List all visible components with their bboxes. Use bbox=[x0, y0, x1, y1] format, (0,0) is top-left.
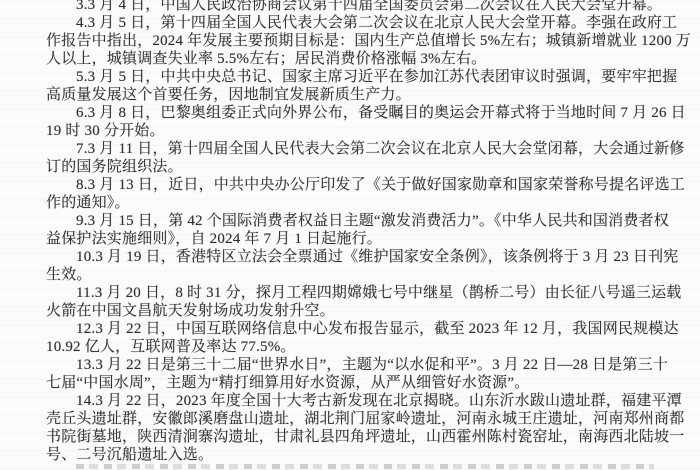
text-line: 6.3 月 8 日，巴黎奥组委正式向外界公布，备受瞩目的奥运会开幕式将于当地时间… bbox=[46, 104, 656, 122]
text-line: 书院街墓地，陕西清涧寨沟遗址，甘肃礼县四角坪遗址，山西霍州陈村瓷窑址，南海西北陆… bbox=[46, 428, 656, 446]
text-line: 高质量发展这个首要任务，因地制宜发展新质生产力。 bbox=[46, 86, 656, 104]
text-line: 10.92 亿人，互联网普及率达 77.5%。 bbox=[46, 338, 656, 356]
document-page: 3.3 月 4 日，中国人民政治协商会议第十四届全国委员会第二次会议在人民大会堂… bbox=[0, 0, 700, 470]
text-line: 12.3 月 22 日，中国互联网络信息中心发布报告显示，截至 2023 年 1… bbox=[46, 320, 656, 338]
text-line: 3.3 月 4 日，中国人民政治协商会议第十四届全国委员会第二次会议在人民大会堂… bbox=[46, 0, 656, 14]
text-line: 生效。 bbox=[46, 266, 656, 284]
text-line: 号、二号沉船遗址入选。 bbox=[46, 446, 656, 464]
text-line: 火箭在中国文昌航天发射场成功发射升空。 bbox=[46, 302, 656, 320]
text-line: 4.3 月 5 日，第十四届全国人民代表大会第二次会议在北京人民大会堂开幕。李强… bbox=[46, 14, 656, 32]
text-line: 作的通知》。 bbox=[46, 194, 656, 212]
text-line: 七届“中国水周”，主题为“精打细算用好水资源，从严从细管好水资源”。 bbox=[46, 374, 656, 392]
text-line: 8.3 月 13 日，近日，中共中央办公厅印发了《关于做好国家勋章和国家荣誉称号… bbox=[46, 176, 656, 194]
news-summary-text-block: 3.3 月 4 日，中国人民政治协商会议第十四届全国委员会第二次会议在人民大会堂… bbox=[46, 0, 656, 464]
text-line: 10.3 月 19 日，香港特区立法会全票通过《维护国家安全条例》，该条例将于 … bbox=[46, 248, 656, 266]
text-line: 14.3 月 22 日，2023 年度全国十大考古新发现在北京揭晓。山东沂水跋山… bbox=[46, 392, 656, 410]
text-line: 人以上，城镇调查失业率 5.5%左右；居民消费价格涨幅 3%左右。 bbox=[46, 50, 656, 68]
text-line: 5.3 月 5 日，中共中央总书记、国家主席习近平在参加江苏代表团审议时强调，要… bbox=[46, 68, 656, 86]
text-line: 作报告中指出，2024 年发展主要预期目标是：国内生产总值增长 5%左右；城镇新… bbox=[46, 32, 656, 50]
text-line: 11.3 月 20 日，8 时 31 分，探月工程四期嫦娥七号中继星（鹊桥二号）… bbox=[46, 284, 656, 302]
clipped-next-line bbox=[76, 464, 654, 469]
text-line: 壳丘头遗址群，安徽郎溪磨盘山遗址，湖北荆门屈家岭遗址，河南永城王庄遗址，河南郑州… bbox=[46, 410, 656, 428]
text-line: 19 时 30 分开始。 bbox=[46, 122, 656, 140]
text-line: 7.3 月 11 日，第十四届全国人民代表大会第二次会议在北京人民大会堂闭幕，大… bbox=[46, 140, 656, 158]
text-line: 益保护法实施细则》，自 2024 年 7 月 1 日起施行。 bbox=[46, 230, 656, 248]
text-line: 13.3 月 22 日是第三十二届“世界水日”，主题为“以水促和平”。3 月 2… bbox=[46, 356, 656, 374]
text-line: 订的国务院组织法。 bbox=[46, 158, 656, 176]
text-line: 9.3 月 15 日，第 42 个国际消费者权益日主题“激发消费活力”。《中华人… bbox=[46, 212, 656, 230]
